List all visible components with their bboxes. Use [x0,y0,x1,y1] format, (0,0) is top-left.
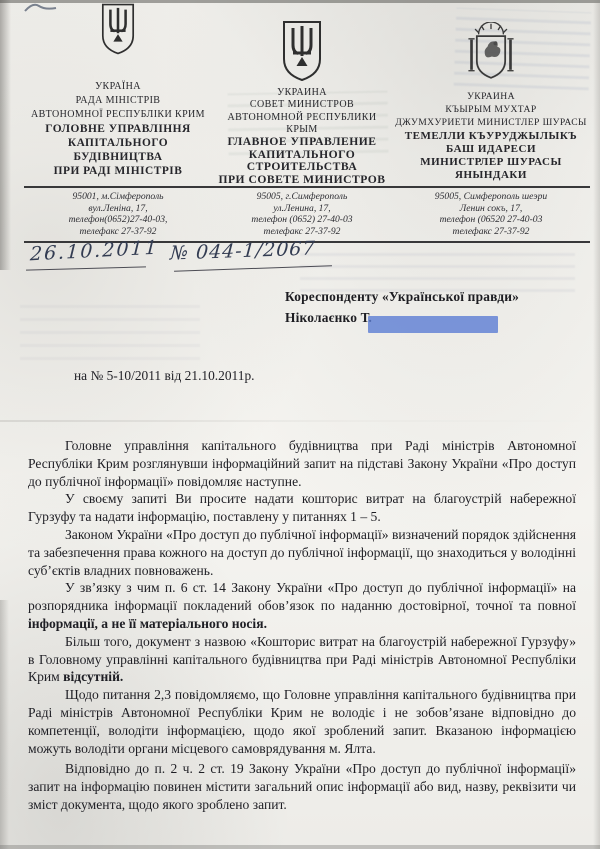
paper-crease [0,420,600,422]
letterhead-column-crimean-tatar: УКРАИНАКЪЫРЫМ МУХТАРДЖУМХУРИЕТИ МИНИСТЛЕ… [392,0,590,243]
trident-emblem-icon [99,2,137,76]
body-paragraph: У зв’язку з чим п. 6 ст. 14 Закону Украї… [28,579,576,632]
letterhead-column-russian: УКРАИНАСОВЕТ МИНИСТРОВАВТОНОМНОЙ РЕСПУБЛ… [212,0,392,243]
org-line-bold: БАШ ИДАРЕСИ [395,143,587,156]
org-line-bold: БУДІВНИЦТВА [31,150,205,164]
letterhead: УКРАЇНАРАДА МІНІСТРІВАВТОНОМНОЇ РЕСПУБЛІ… [0,0,600,243]
address-line: телефакс 27-37-92 [394,226,588,238]
address-line: Ленин сокъ, 17, [394,203,588,215]
body-text: У зв’язку з чим п. 6 ст. 14 Закону Украї… [28,580,576,613]
org-line: АВТОНОМНОЙ РЕСПУБЛИКИ [218,112,385,124]
org-line-bold: ТЕМЕЛЛИ КЪУРУДЖЫЛЫКЪ [395,130,587,143]
address-line: телефакс 27-37-92 [214,226,390,238]
crimea-coat-of-arms-icon [466,20,516,84]
org-line: АВТОНОМНОЇ РЕСПУБЛІКИ КРИМ [31,108,205,122]
number-underline [174,265,332,272]
org-line-bold: ГОЛОВНЕ УПРАВЛІННЯ [31,122,205,136]
org-line-bold: ЯНЫНДАКИ [395,169,587,182]
body-paragraph: Відповідно до п. 2 ч. 2 ст. 19 Закону Ук… [28,760,576,813]
handwritten-number: № 044-1/2067 [169,237,316,264]
org-name-block: УКРАЇНАРАДА МІНІСТРІВАВТОНОМНОЇ РЕСПУБЛІ… [31,80,205,178]
letter-body: Головне управління капітального будівниц… [28,437,576,814]
body-paragraph: Щодо питання 2,3 повідомляємо, що Головн… [28,686,576,757]
body-paragraph: Головне управління капітального будівниц… [28,437,576,490]
body-text: Щодо питання 2,3 повідомляємо, що Головн… [28,687,576,755]
org-line-bold: ПРИ РАДІ МІНІСТРІВ [31,164,205,178]
org-line: УКРАИНА [218,87,385,99]
org-line-bold: СТРОИТЕЛЬСТВА [218,161,385,173]
redaction-box [368,316,498,333]
body-paragraph: Законом України «Про доступ до публічної… [28,526,576,579]
org-name-block: УКРАИНАКЪЫРЫМ МУХТАРДЖУМХУРИЕТИ МИНИСТЛЕ… [395,90,587,182]
address-line: телефон (0652) 27-40-03 [214,214,390,226]
reply-to-reference: на № 5-10/2011 від 21.10.2011р. [74,368,255,384]
body-text: Законом України «Про доступ до публічної… [28,527,576,578]
number-value: 044-1/2067 [195,237,316,263]
address-block: 95001, м.Сімферопольвул.Леніна, 17,телеф… [24,186,212,243]
date-underline [26,266,146,270]
body-text: Відповідно до п. 2 ч. 2 ст. 19 Закону Ук… [28,761,576,812]
body-paragraph: У своєму запиті Ви просите надати коштор… [28,490,576,526]
recipient-title: Кореспонденту «Української правди» [285,286,590,307]
org-line-bold: ПРИ СОВЕТЕ МИНИСТРОВ [218,174,385,186]
outgoing-reference-line: 26.10.2011 № 044-1/2067 [24,238,354,280]
org-line: СОВЕТ МИНИСТРОВ [218,99,385,111]
org-line-bold: ГЛАВНОЕ УПРАВЛЕНИЕ [218,136,385,148]
org-line: КЪЫРЫМ МУХТАР [395,103,587,116]
org-line: УКРАИНА [395,90,587,103]
address-line: телефон (06520 27-40-03 [394,214,588,226]
address-line: 95005, г.Симферополь [214,191,390,203]
body-text-bold: інформації, а не її матеріального носія. [28,616,267,631]
scan-edge-left-lower [0,600,9,849]
address-block: 95005, г.Симферопольул.Ленина, 17,телефо… [212,186,392,243]
scanned-letter-page: УКРАЇНАРАДА МІНІСТРІВАВТОНОМНОЇ РЕСПУБЛІ… [0,0,600,849]
handwritten-date: 26.10.2011 [30,237,160,266]
ink-bleed-artifact [20,300,200,360]
trident-emblem-icon [280,16,324,83]
org-line-bold: МИНИСТРЛЕР ШУРАСЫ [395,156,587,169]
body-text-bold: відсутній. [63,669,123,684]
org-line-bold: КАПІТАЛЬНОГО [31,136,205,150]
body-paragraph: Більш того, документ з назвою «Кошторис … [28,633,576,686]
letterhead-column-ukrainian: УКРАЇНАРАДА МІНІСТРІВАВТОНОМНОЇ РЕСПУБЛІ… [24,0,212,243]
body-text: Головне управління капітального будівниц… [28,438,576,489]
scan-edge-bottom [0,845,600,849]
address-block: 95005, Симферополь шеэриЛенин сокъ, 17,т… [392,186,590,243]
address-line: телефакс 27-37-92 [26,226,210,238]
org-line: УКРАЇНА [31,80,205,94]
address-line: вул.Леніна, 17, [26,203,210,215]
org-name-block: УКРАИНАСОВЕТ МИНИСТРОВАВТОНОМНОЙ РЕСПУБЛ… [218,87,385,186]
address-line: телефон(0652)27-40-03, [26,214,210,226]
org-line: ДЖУМХУРИЕТИ МИНИСТЛЕР ШУРАСЫ [395,116,587,129]
body-text: У своєму запиті Ви просите надати коштор… [28,491,576,524]
org-line: РАДА МІНІСТРІВ [31,94,205,108]
number-sign: № [169,242,190,265]
address-line: ул.Ленина, 17, [214,203,390,215]
address-line: 95001, м.Сімферополь [26,191,210,203]
address-line: 95005, Симферополь шеэри [394,191,588,203]
